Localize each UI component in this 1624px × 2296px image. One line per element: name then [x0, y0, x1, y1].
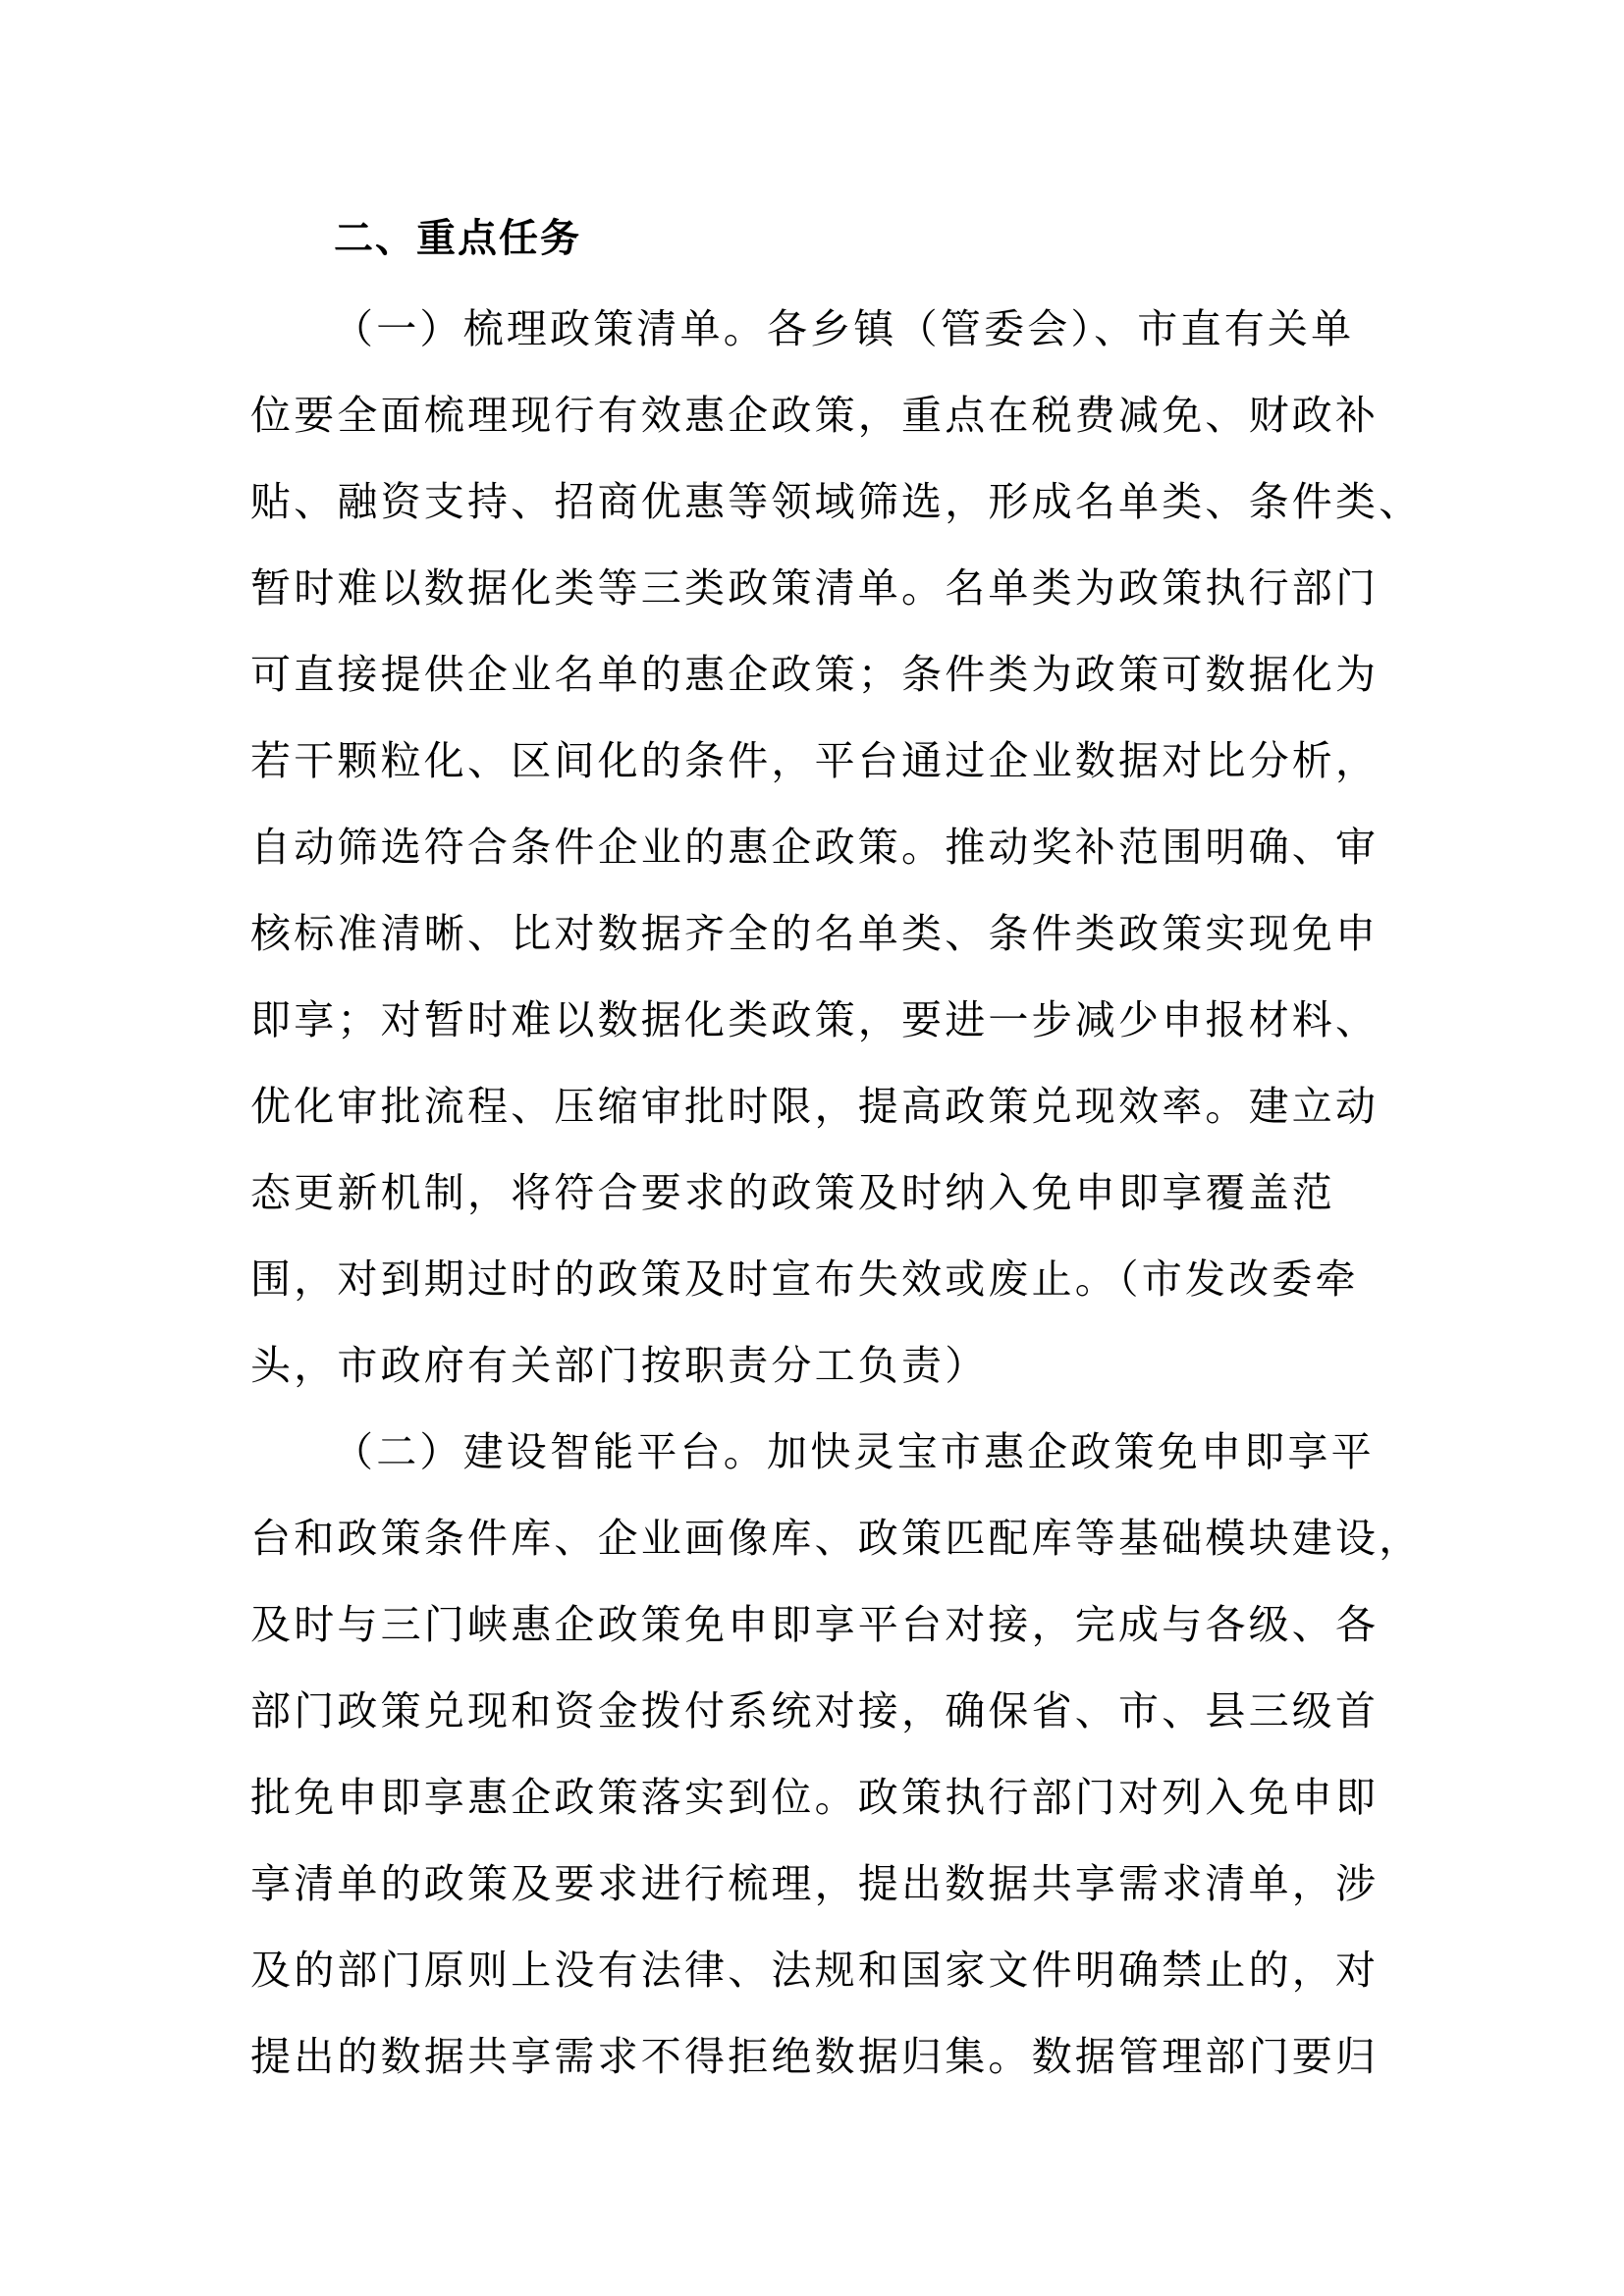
paragraph-line: 享清单的政策及要求进行梳理，提出数据共享需求清单，涉	[250, 1851, 1389, 1938]
paragraph-line: 位要全面梳理现行有效惠企政策，重点在税费减免、财政补	[250, 383, 1389, 469]
paragraph-line: 提出的数据共享需求不得拒绝数据归集。数据管理部门要归	[250, 2024, 1389, 2110]
paragraph-line: 态更新机制，将符合要求的政策及时纳入免申即享覆盖范	[250, 1160, 1389, 1247]
paragraph-task-2: （二）建设智能平台。加快灵宝市惠企政策免申即享平 台和政策条件库、企业画像库、政…	[250, 1419, 1389, 2110]
document-page: 二、重点任务 （一）梳理政策清单。各乡镇（管委会）、市直有关单 位要全面梳理现行…	[0, 0, 1624, 2296]
paragraph-line: 优化审批流程、压缩审批时限，提高政策兑现效率。建立动	[250, 1074, 1389, 1160]
paragraph-line: 围，对到期过时的政策及时宣布失效或废止。（市发改委牵	[250, 1247, 1389, 1333]
paragraph-line: 批免申即享惠企政策落实到位。政策执行部门对列入免申即	[250, 1765, 1389, 1851]
paragraph-line: 及时与三门峡惠企政策免申即享平台对接，完成与各级、各	[250, 1592, 1389, 1679]
paragraph-line: （一）梳理政策清单。各乡镇（管委会）、市直有关单	[250, 296, 1389, 383]
section-heading: 二、重点任务	[334, 211, 581, 266]
paragraph-line: 部门政策兑现和资金拨付系统对接，确保省、市、县三级首	[250, 1679, 1389, 1765]
paragraph-line: 贴、融资支持、招商优惠等领域筛选，形成名单类、条件类、	[250, 469, 1389, 556]
paragraph-line: 自动筛选符合条件企业的惠企政策。推动奖补范围明确、审	[250, 815, 1389, 901]
paragraph-line: 核标准清晰、比对数据齐全的名单类、条件类政策实现免申	[250, 901, 1389, 988]
paragraph-line: 及的部门原则上没有法律、法规和国家文件明确禁止的，对	[250, 1938, 1389, 2024]
paragraph-line: 暂时难以数据化类等三类政策清单。名单类为政策执行部门	[250, 556, 1389, 642]
paragraph-line: 即享；对暂时难以数据化类政策，要进一步减少申报材料、	[250, 988, 1389, 1074]
paragraph-task-1: （一）梳理政策清单。各乡镇（管委会）、市直有关单 位要全面梳理现行有效惠企政策，…	[250, 296, 1389, 1419]
paragraph-line: 若干颗粒化、区间化的条件，平台通过企业数据对比分析，	[250, 728, 1389, 815]
body-text: （一）梳理政策清单。各乡镇（管委会）、市直有关单 位要全面梳理现行有效惠企政策，…	[250, 296, 1389, 2110]
paragraph-line: 可直接提供企业名单的惠企政策；条件类为政策可数据化为	[250, 642, 1389, 728]
paragraph-line: 台和政策条件库、企业画像库、政策匹配库等基础模块建设，	[250, 1506, 1389, 1592]
paragraph-line: （二）建设智能平台。加快灵宝市惠企政策免申即享平	[250, 1419, 1389, 1506]
paragraph-line: 头，市政府有关部门按职责分工负责）	[250, 1333, 1389, 1419]
